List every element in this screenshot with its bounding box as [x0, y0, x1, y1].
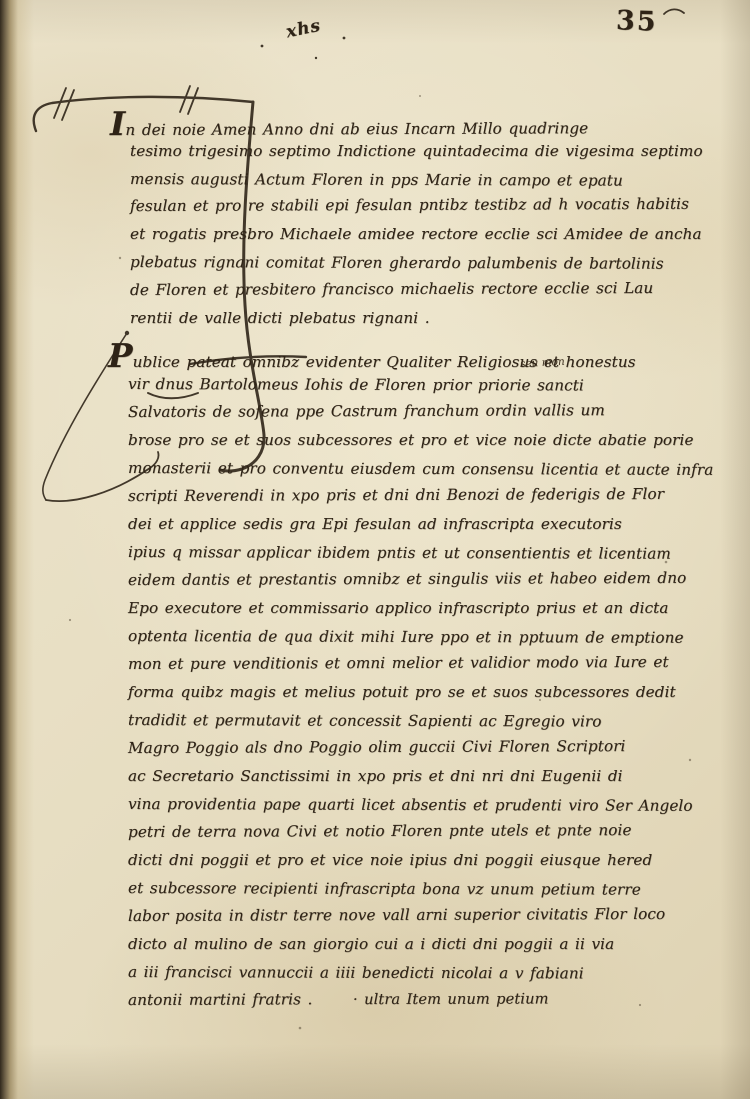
text-line: ac Secretario Sanctissimi in xpo pris et…: [128, 762, 713, 790]
invocation-dot: [343, 37, 346, 40]
invocation-dot: [261, 45, 264, 48]
text-line: Magro Poggio als dno Poggio olim guccii …: [128, 732, 714, 762]
text-line: Epo executore et commissario applico inf…: [128, 594, 713, 622]
text-line: antonii martini fratris . · ultra Item u…: [128, 984, 714, 1014]
text-line: mon et pure venditionis et omni melior e…: [128, 648, 714, 678]
text-line: dicti dni poggii et pro et vice noie ipi…: [128, 846, 713, 874]
folio-number: 35: [615, 5, 658, 37]
slash-mark: [54, 88, 66, 118]
slash-mark: [62, 90, 74, 120]
text-line: Publice pateat omnibz evidenter Qualiter…: [128, 342, 713, 370]
interlinear-insertion: seu mon: [520, 356, 565, 370]
text-line: et rogatis presbro Michaele amidee recto…: [130, 221, 703, 249]
text-line: dei et applice sedis gra Epi fesulan ad …: [128, 510, 713, 538]
text-line: Salvatoris de sofena ppe Castrum franchu…: [128, 396, 714, 426]
text-line: petri de terra nova Civi et notio Floren…: [128, 816, 714, 846]
invocation-dot: [315, 57, 317, 59]
text-line: rentii de valle dicti plebatus rignani .: [130, 305, 703, 333]
text-line: brose pro se et suos subcessores et pro …: [128, 426, 713, 454]
text-line: fesulan et pro re stabili epi fesulan pn…: [130, 191, 703, 221]
arc-terminal-dot: [125, 331, 129, 335]
text-line: scripti Reverendi in xpo pris et dni dni…: [128, 480, 714, 510]
paragraph-act-body: seu mon Publice pateat omnibz evidenter …: [128, 342, 713, 1014]
text-line: dicto al mulino de san giorgio cui a i d…: [128, 930, 713, 958]
text-line: tesimo trigesimo septimo Indictione quin…: [130, 138, 703, 166]
folio-tilde: [664, 9, 684, 14]
text-line: de Floren et presbitero francisco michae…: [130, 275, 703, 305]
tail-note: · ultra Item unum petium: [353, 990, 549, 1008]
slash-mark: [180, 86, 190, 112]
text-line: labor posita in distr terre nove vall ar…: [128, 900, 714, 930]
text-line: forma quibz magis et melius potuit pro s…: [128, 678, 713, 706]
text-line-end: antonii martini fratris .: [128, 990, 313, 1009]
invocation-mark: xhs: [284, 16, 322, 43]
text-line: eidem dantis et prestantis omnibz et sin…: [128, 564, 714, 594]
text-line: In dei noie Amen Anno dni ab eius Incarn…: [130, 108, 703, 138]
paragraph-protocol: In dei noie Amen Anno dni ab eius Incarn…: [130, 110, 703, 332]
manuscript-page: xhs 35 In dei noie Amen Anno dni ab eius…: [0, 0, 750, 1099]
